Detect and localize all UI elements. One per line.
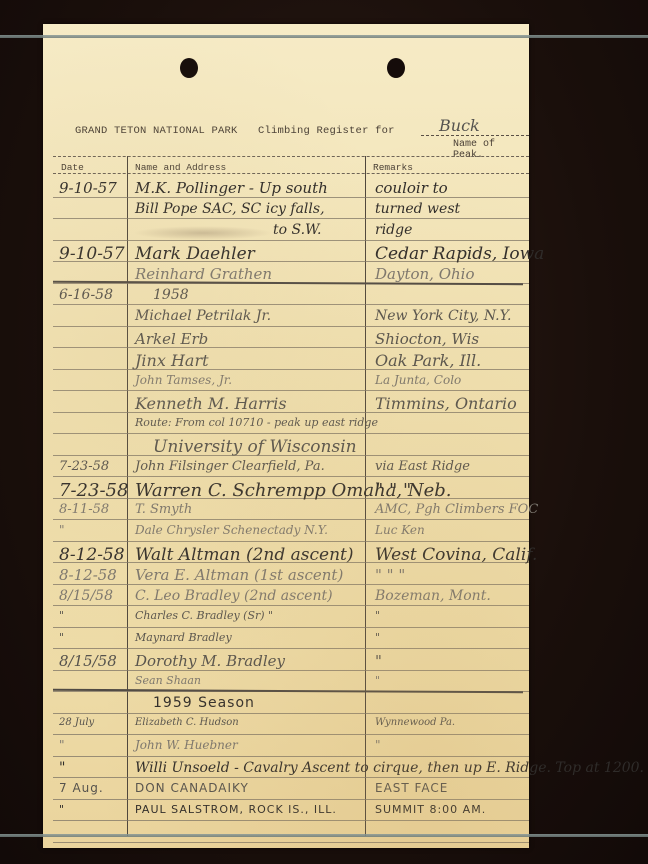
entry-date: 7 Aug. [59,781,104,795]
entry-remarks: West Covina, Calif. [375,545,537,565]
register-label: Climbing Register for [258,125,395,137]
entry-remarks: EAST FACE [375,781,448,795]
entry-date: " [59,609,64,622]
ruled-line [53,326,529,327]
column-header-remarks: Remarks [373,162,413,173]
entry-name: Dale Chrysler Schenectady N.Y. [135,523,328,537]
entry-name: Kenneth M. Harris [135,394,287,413]
entry-date: 9-10-57 [59,244,125,264]
register-header: GRAND TETON NATIONAL PARK Climbing Regis… [75,125,395,137]
entry-date: 8/15/58 [59,652,117,670]
ruled-line [53,627,529,628]
column-header-date: Date [61,162,84,173]
entry-remarks: Shiocton, Wis [375,330,479,348]
entry-remarks: SUMMIT 8:00 AM. [375,803,486,816]
ruled-line [53,541,529,542]
season-divider [53,689,523,693]
entry-name: Willi Unsoeld - Cavalry Ascent to cirque… [135,760,644,776]
ruled-line [53,670,529,671]
entry-remarks: turned west [375,201,460,217]
ruled-line [53,648,529,649]
entry-remarks: New York City, N.Y. [375,308,512,324]
entry-name: Mark Daehler [135,244,255,264]
ruled-line [53,304,529,305]
entry-name: John Tamses, Jr. [135,373,232,387]
peak-name-value: Buck [439,116,480,135]
entry-name: Dorothy M. Bradley [135,652,285,670]
entry-name: T. Smyth [135,502,192,517]
entry-remarks: ridge [375,222,412,238]
entry-name: C. Leo Bradley (2nd ascent) [135,588,333,604]
entry-name: DON CANADAIKY [135,781,249,795]
entry-name: Maynard Bradley [135,631,232,644]
entry-remarks: " " " [375,566,405,584]
entry-remarks: Oak Park, Ill. [375,351,481,370]
entry-name: John W. Huebner [135,738,238,752]
entry-date: " [59,803,65,816]
entry-date: " [59,760,65,776]
entry-remarks: couloir to [375,179,448,197]
ruled-line [53,756,529,757]
park-name: GRAND TETON NATIONAL PARK [75,125,238,137]
ruled-line [53,433,529,434]
ruled-line [53,390,529,391]
protective-sleeve-edge-top [0,35,648,38]
ruled-line [53,842,529,843]
entry-name: University of Wisconsin [153,437,357,457]
ruled-line [53,156,529,157]
entry-remarks: Bozeman, Mont. [375,588,491,604]
protective-sleeve-edge-bottom [0,834,648,837]
entry-name: M.K. Pollinger - Up south [135,179,328,197]
entry-date: 8-12-58 [59,545,125,565]
entry-name: Arkel Erb [135,330,208,348]
ruled-line [53,799,529,800]
ruled-line [53,605,529,606]
entry-name: Sean Shaan [135,674,201,687]
ruled-line [53,713,529,714]
ruled-line [53,734,529,735]
entry-remarks: via East Ridge [375,459,470,474]
entry-date: 28 July [59,717,94,728]
entry-date: 7-23-58 [59,459,109,474]
entry-date: 7-23-58 [59,480,128,501]
entry-remarks: " [375,674,380,687]
entry-name: PAUL SALSTROM, ROCK IS., ILL. [135,803,337,816]
entry-remarks: La Junta, Colo [375,373,461,387]
climbing-register-sheet: GRAND TETON NATIONAL PARK Climbing Regis… [43,24,529,848]
entry-date: 9-10-57 [59,179,117,197]
entry-date: 8/15/58 [59,588,113,604]
entry-remarks: Timmins, Ontario [375,394,517,413]
entry-name: Vera E. Altman (1st ascent) [135,566,343,584]
entry-remarks: Cedar Rapids, Iowa [375,244,544,264]
entry-name: Elizabeth C. Hudson [135,717,239,728]
entry-remarks: AMC, Pgh Climbers FOC [375,502,538,517]
ruled-line [53,519,529,520]
ruled-line [53,476,529,477]
entry-remarks: Dayton, Ohio [375,265,475,283]
ruled-line [53,218,529,219]
entry-remarks: " [375,609,380,622]
eraser-smudge [133,226,273,240]
entry-date: " [59,738,65,752]
ruled-line [53,173,529,174]
entry-remarks: " " " [375,480,411,501]
entry-name: Jinx Hart [135,351,209,370]
entry-date: 6-16-58 [59,287,113,303]
entry-name: Reinhard Grathen [135,265,272,283]
entry-remarks: Wynnewood Pa. [375,717,455,728]
entry-remarks: Luc Ken [375,523,425,537]
entry-name: Charles C. Bradley (Sr) " [135,609,273,622]
entry-date: " [59,631,64,644]
ruled-line [53,820,529,821]
entry-name: Bill Pope SAC, SC icy falls, [135,201,325,217]
column-header-name: Name and Address [135,162,226,173]
register-table: Date Name and Address Remarks 9-10-57M.K… [53,156,529,836]
entry-remarks: " [375,738,381,752]
entry-date: 8-12-58 [59,566,117,584]
entry-name: Michael Petrilak Jr. [135,308,271,324]
entry-name: to S.W. [273,222,321,238]
entry-name: 1958 [153,287,189,303]
binder-hole [387,58,405,78]
entry-name: 1959 Season [153,695,255,711]
entry-name: Route: From col 10710 - peak up east rid… [135,416,378,429]
binder-hole [180,58,198,78]
entry-date: " [59,523,65,537]
entry-remarks: " [375,631,380,644]
entry-name: John Filsinger Clearfield, Pa. [135,459,325,474]
ruled-line [53,240,529,241]
entry-name: Walt Altman (2nd ascent) [135,545,354,565]
entry-date: 8-11-58 [59,502,109,517]
ruled-line [53,777,529,778]
entry-remarks: " [375,652,382,670]
